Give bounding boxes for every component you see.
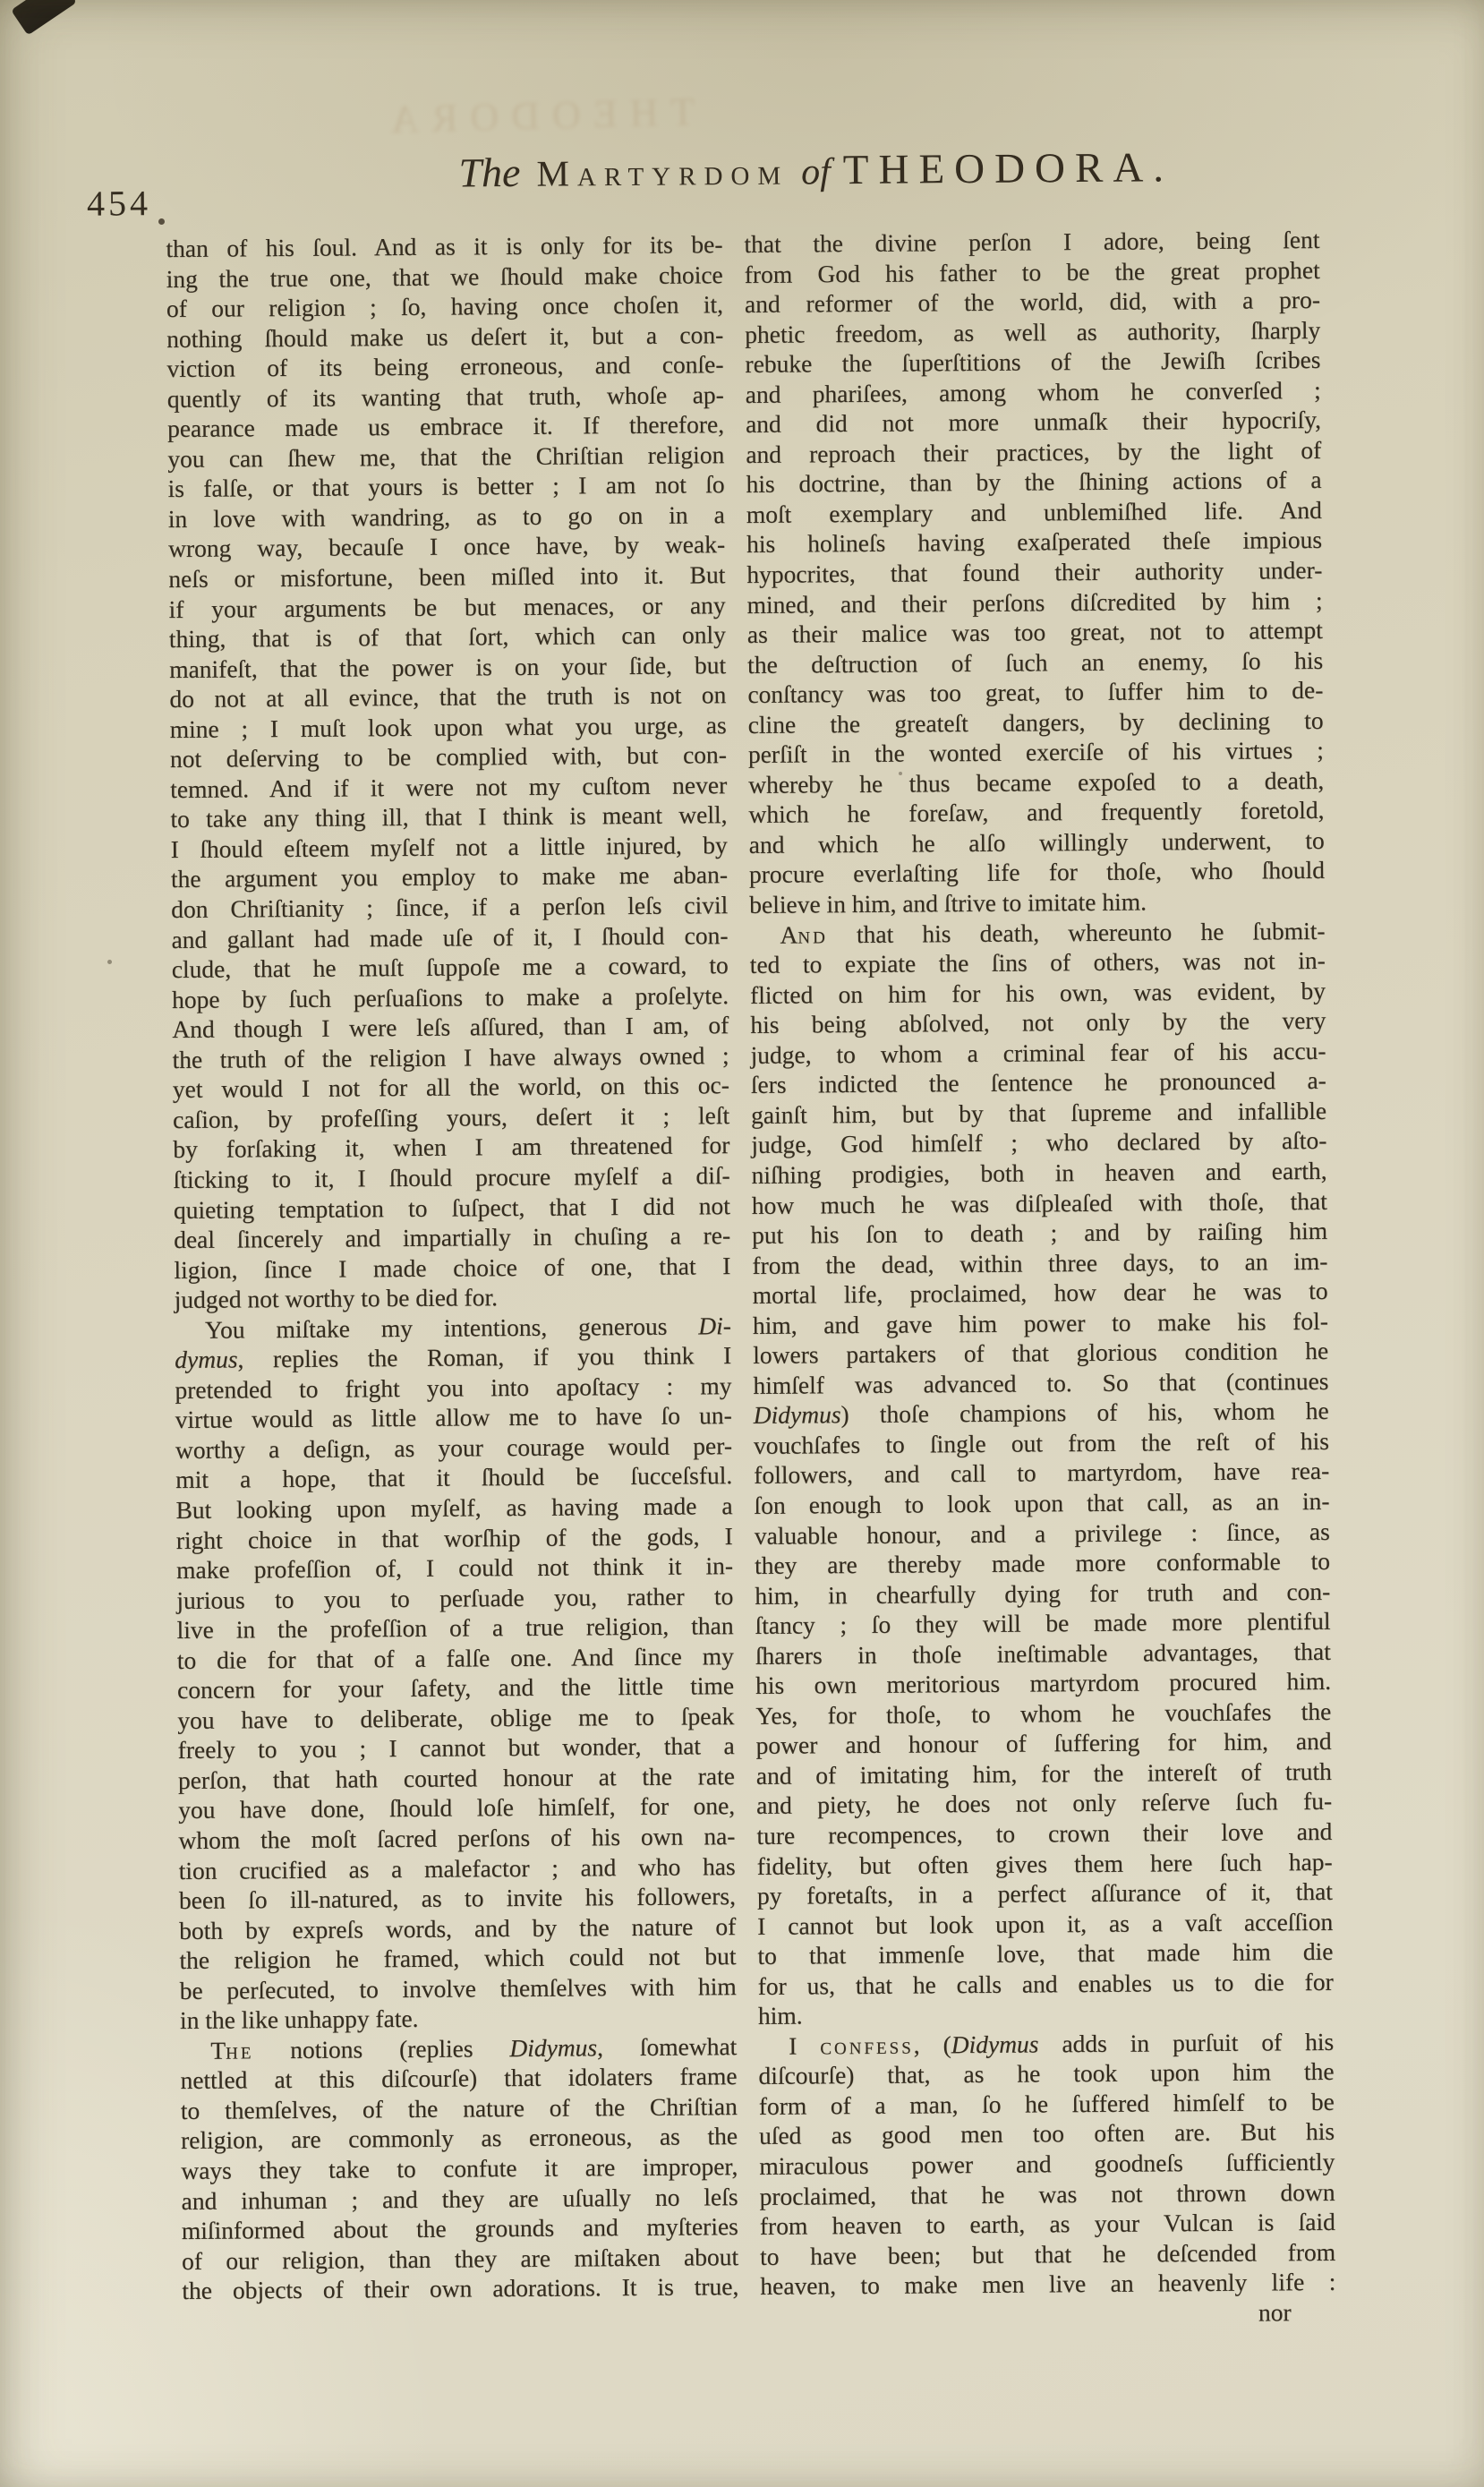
text-line: cline the greateſt dangers, by declining… [747, 705, 1323, 740]
text-line: niſhing prodigies, both in heaven and ea… [751, 1156, 1326, 1191]
text-line: to that immenſe love, that made him die [757, 1936, 1333, 1971]
text-line: him. [758, 1996, 1334, 2031]
right-column: that the divine perſon I adore, being ſe… [744, 225, 1335, 2331]
text-line: perſon, that hath courted honour at the … [178, 1761, 735, 1795]
text-line: viction of its being erroneous, and conſ… [166, 349, 723, 383]
text-line: to take any thing ill, that I think is m… [170, 800, 727, 834]
paragraph: The notions (replies Didymus, ſomewhatne… [180, 2031, 738, 2306]
text-line: And that his death, whereunto he ſubmit- [749, 915, 1325, 950]
text-line: followers, and call to martyrdom, have r… [754, 1456, 1329, 1491]
text-line: his own meritorious martyrdom procured h… [755, 1666, 1331, 1701]
text-line: dymus, replies the Roman, if you think I [175, 1340, 731, 1374]
text-line: and gallant had made uſe of it, I ſhould… [171, 920, 728, 954]
text-line: the religion he framed, which could not … [179, 1941, 736, 1975]
text-line: I cannot but look upon it, as a vaſt acc… [757, 1906, 1333, 1941]
text-line: to die for that of a falſe one. And ſinc… [177, 1641, 734, 1675]
text-line: perſiſt in the wonted exerciſe of his vi… [748, 735, 1324, 770]
text-line: I confess, (Didymus adds in purſuit of h… [758, 2027, 1334, 2062]
text-line: nothing ſhould make us deſert it, but a … [166, 320, 723, 354]
text-line: deal ſincerely and impartially in chuſin… [174, 1220, 730, 1254]
text-line: ſon enough to look upon that call, as an… [754, 1486, 1329, 1521]
text-line: tion crucified as a malefactor ; and who… [179, 1851, 736, 1885]
text-line: that the divine perſon I adore, being ſe… [744, 225, 1319, 260]
text-line: in love with wandring, as to go on in a [168, 500, 725, 534]
paragraph: I confess, (Didymus adds in purſuit of h… [758, 2027, 1335, 2302]
text-line: procure everlaſting life for thoſe, who … [749, 855, 1325, 890]
text-line: virtue would as little allow me to have … [175, 1400, 732, 1434]
text-line: to themſelves, of the nature of the Chri… [181, 2091, 738, 2125]
text-line: the truth of the religion I have always … [172, 1040, 729, 1074]
text-line: himſelf was advanced to. So that (contin… [753, 1366, 1328, 1401]
text-line: neſs or misfortune, been miſled into it.… [168, 560, 725, 594]
text-line: of our religion, than they are miſtaken … [182, 2242, 738, 2276]
text-line: temned. And if it were not my cuſtom nev… [170, 770, 727, 804]
text-line: Yes, for thoſe, to whom he vouchſafes th… [755, 1696, 1331, 1731]
text-line: ted to expiate the ſins of others, was n… [750, 945, 1326, 980]
text-line: judged not worthy to be died for. [175, 1280, 731, 1314]
text-line: do not at all evince, that the truth is … [169, 679, 726, 714]
text-line: him, in chearfully dying for truth and c… [755, 1576, 1330, 1611]
text-line: how much he was diſpleaſed with thoſe, t… [752, 1185, 1327, 1220]
text-line: and reformer of the world, did, with a p… [745, 285, 1320, 320]
text-line: from the dead, within three days, to an … [752, 1245, 1327, 1280]
header-word-the: The [458, 150, 520, 196]
text-line: to have been; but that he deſcended from [760, 2236, 1335, 2271]
text-line: hypocrites, that found their authority u… [746, 555, 1322, 590]
text-line: if your arguments be but menaces, or any [168, 590, 725, 624]
text-line: as their malice was too great, not to at… [747, 615, 1323, 650]
text-line: moſt exemplary and unblemiſhed life. And [746, 495, 1322, 530]
text-line: lowers partakers of that glorious condit… [753, 1336, 1328, 1371]
text-line: power and honour of ſuffering for him, a… [755, 1726, 1331, 1761]
text-line: than of his ſoul. And as it is only for … [166, 229, 722, 263]
text-line: manifeſt, that the power is on your ſide… [169, 650, 726, 684]
text-line: ligion, ſince I made choice of one, that… [174, 1251, 730, 1285]
text-line: quieting temptation to ſuſpect, that I d… [174, 1191, 730, 1225]
text-line: of our religion ; ſo, having once choſen… [166, 289, 723, 323]
text-line: valuable honour, and a privilege : ſince… [755, 1516, 1330, 1551]
text-line: his holineſs having exaſperated theſe im… [746, 525, 1322, 560]
text-line: don Chriſtianity ; ſince, if a perſon le… [171, 890, 728, 924]
text-line: they are thereby made more conformable t… [755, 1546, 1330, 1581]
text-line: and phariſees, among whom he converſed ; [746, 375, 1321, 410]
text-line: is falſe, or that yours is better ; I am… [167, 470, 724, 504]
text-line: vouchſafes to ſingle out from the reſt o… [754, 1426, 1329, 1461]
bleed-through-ghost-text: THEODORA [378, 89, 695, 142]
text-line: I ſhould eſteem myſelf not a little inju… [171, 830, 728, 864]
text-line: both by expreſs words, and by the nature… [179, 1911, 736, 1945]
paragraph: than of his ſoul. And as it is only for … [166, 229, 730, 1315]
text-line: from heaven to earth, as your Vulcan is … [760, 2207, 1335, 2242]
text-line: pearance made us embrace it. If therefor… [167, 409, 724, 443]
text-line: gainſt him, but by that ſupreme and infa… [751, 1096, 1326, 1131]
text-line: jurious to you to perſuade you, rather t… [176, 1581, 733, 1615]
text-line: You miſtake my intentions, generous Di- [175, 1311, 731, 1345]
text-line: judge, to whom a criminal fear of his ac… [750, 1036, 1326, 1071]
text-line: you can ſhew me, that the Chriſtian reli… [167, 440, 724, 474]
text-line: pretended to fright you into apoſtacy : … [175, 1371, 731, 1405]
text-line: miſinformed about the grounds and myſter… [182, 2211, 738, 2245]
text-line: which he foreſaw, and frequently foretol… [748, 795, 1324, 830]
text-line: whereby he thus became expoſed to a deat… [748, 765, 1324, 800]
text-line: you have to deliberate, oblige me to ſpe… [177, 1701, 734, 1735]
text-line: and which he alſo willingly underwent, t… [749, 825, 1325, 860]
text-line: the objects of their own adorations. It … [182, 2271, 738, 2305]
text-line: you have done, ſhould loſe himſelf, for … [178, 1791, 735, 1825]
text-line: caſion, by profeſſing yours, deſert it ;… [173, 1100, 729, 1134]
text-line: put his ſon to death ; and by raiſing hi… [752, 1216, 1327, 1251]
text-line: The notions (replies Didymus, ſomewhat [180, 2031, 737, 2065]
text-line: mined, and their perſons diſcredited by … [746, 585, 1322, 620]
text-line: ſharers in thoſe ineſtimable advantages,… [755, 1637, 1331, 1671]
text-line: from God his father to be the great prop… [745, 254, 1320, 289]
text-line: and reproach their practices, by the lig… [746, 435, 1321, 470]
text-line: the argument you employ to make me aban- [171, 860, 728, 894]
text-line: form of a man, ſo he ſuffered himſelf to… [759, 2087, 1335, 2122]
text-line: quently of its wanting that truth, whoſe… [167, 380, 724, 414]
text-line: uſed as good men too often are. But his [759, 2116, 1335, 2151]
text-line: mortal life, proclaimed, how dear he was… [753, 1276, 1328, 1311]
text-line: the deſtruction of ſuch an enemy, ſo his [747, 645, 1323, 680]
text-line: ſticking to it, I ſhould procure myſelf … [173, 1160, 729, 1194]
book-page: THEODORA 454 The Martyrdom of THEODORA. … [0, 0, 1484, 2487]
text-line: conſtancy was too great, to ſuffer him t… [747, 675, 1323, 710]
text-line: py foretaſts, in a perfect aſſurance of … [757, 1876, 1333, 1911]
text-line: hope by ſuch perſuaſions to make a proſe… [172, 980, 729, 1014]
text-line: phetic freedom, as well as authority, ſh… [745, 315, 1320, 350]
text-line: him, and gave him power to make his fol- [753, 1306, 1328, 1341]
text-line: concern for your ſafety, and the little … [177, 1671, 734, 1705]
text-line: clude, that he muſt ſuppoſe me a coward,… [172, 950, 729, 984]
text-line: his doctrine, than by the ſhining action… [746, 465, 1321, 500]
text-line: believe in him, and ſtrive to imitate hi… [749, 885, 1325, 920]
text-line: ways they take to confute it are imprope… [181, 2151, 738, 2185]
text-line: right choice in that worſhip of the gods… [176, 1521, 733, 1555]
header-word-martyrdom: Martyrdom [536, 151, 789, 194]
catchword: nor [760, 2297, 1335, 2332]
header-word-of: of [801, 151, 831, 192]
text-line: ing the true one, that we ſhould make ch… [166, 260, 723, 294]
text-line: But looking upon myſelf, as having made … [175, 1491, 732, 1525]
text-line: ture recompences, to crown their love an… [756, 1816, 1332, 1851]
text-line: flicted on him for his own, was evident,… [750, 976, 1326, 1011]
text-line: thing, that is of that ſort, which can o… [169, 620, 726, 654]
text-line: make profeſſion of, I could not think it… [176, 1551, 733, 1585]
text-line: not deſerving to be complied with, but c… [170, 739, 727, 773]
paragraph: that the divine perſon I adore, being ſe… [744, 225, 1325, 920]
text-line: diſcourſe) that, as he took upon him the [758, 2056, 1334, 2091]
text-line: be perſecuted, to involve themſelves wit… [180, 1971, 737, 2005]
text-line: and piety, he does not only reſerve ſuch… [756, 1786, 1332, 1821]
page-number: 454 [87, 182, 151, 225]
text-line: miraculous power and goodneſs ſufficient… [759, 2147, 1335, 2182]
paragraph: You miſtake my intentions, generous Di-d… [175, 1311, 737, 2036]
right-column-text: that the divine perſon I adore, being ſe… [744, 225, 1335, 2302]
page-header: The Martyrdom of THEODORA. [164, 141, 1394, 200]
text-line: been ſo ill-natured, as to invite his fo… [179, 1881, 736, 1915]
left-column-text: than of his ſoul. And as it is only for … [166, 229, 738, 2306]
text-line: mine ; I muſt look upon what you urge, a… [170, 710, 727, 744]
text-line: proclaimed, that he was not thrown down [759, 2176, 1335, 2211]
text-line: and of imitating him, for the intereſt o… [756, 1756, 1332, 1791]
text-line: fidelity, but often gives them here ſuch… [757, 1846, 1333, 1881]
text-line: mit a hope, that it ſhould be ſucceſsful… [175, 1461, 732, 1495]
text-line: nettled at this diſcourſe) that idolater… [180, 2061, 737, 2095]
text-line: heaven, to make men live an heavenly lif… [760, 2267, 1335, 2302]
text-line: yet would I not for all the world, on th… [173, 1070, 729, 1104]
paragraph: And that his death, whereunto he ſubmit-… [749, 915, 1334, 2030]
text-line: wrong way, becauſe I once have, by weak- [168, 530, 725, 564]
header-word-theodora: THEODORA. [843, 144, 1174, 193]
text-line: and did not more unmaſk their hypocriſy, [746, 405, 1321, 440]
text-line: ſers indicted the ſentence he pronounced… [751, 1065, 1326, 1100]
text-line: and inhuman ; and they are uſually no le… [181, 2182, 738, 2216]
text-line: religion, are commonly as erroneous, as … [181, 2122, 738, 2156]
text-line: And though I were leſs aſſured, than I a… [172, 1010, 729, 1044]
page-content: THEODORA 454 The Martyrdom of THEODORA. … [0, 0, 1484, 2487]
text-line: by forſaking it, when I am threatened fo… [173, 1131, 729, 1165]
text-line: rebuke the ſuperſtitions of the Jewiſh ſ… [745, 345, 1320, 380]
text-line: Didymus) thoſe champions of his, whom he [754, 1396, 1329, 1431]
text-line: worthy a deſign, as your courage would p… [175, 1431, 732, 1465]
text-line: in the like unhappy fate. [180, 2001, 737, 2035]
text-line: ſtancy ; ſo they will be made more plent… [755, 1606, 1330, 1641]
text-line: judge, God himſelf ; who declared by aſt… [751, 1125, 1326, 1160]
text-line: live in the profeſſion of a true religio… [176, 1611, 733, 1645]
text-line: freely to you ; I cannot but wonder, tha… [177, 1731, 734, 1765]
text-line: whom the moſt ſacred perſons of his own … [178, 1821, 735, 1855]
text-line: for us, that he calls and enables us to … [758, 1967, 1334, 2002]
left-column: than of his ſoul. And as it is only for … [166, 229, 738, 2306]
text-line: his being abſolved, not only by the very [750, 1005, 1326, 1040]
